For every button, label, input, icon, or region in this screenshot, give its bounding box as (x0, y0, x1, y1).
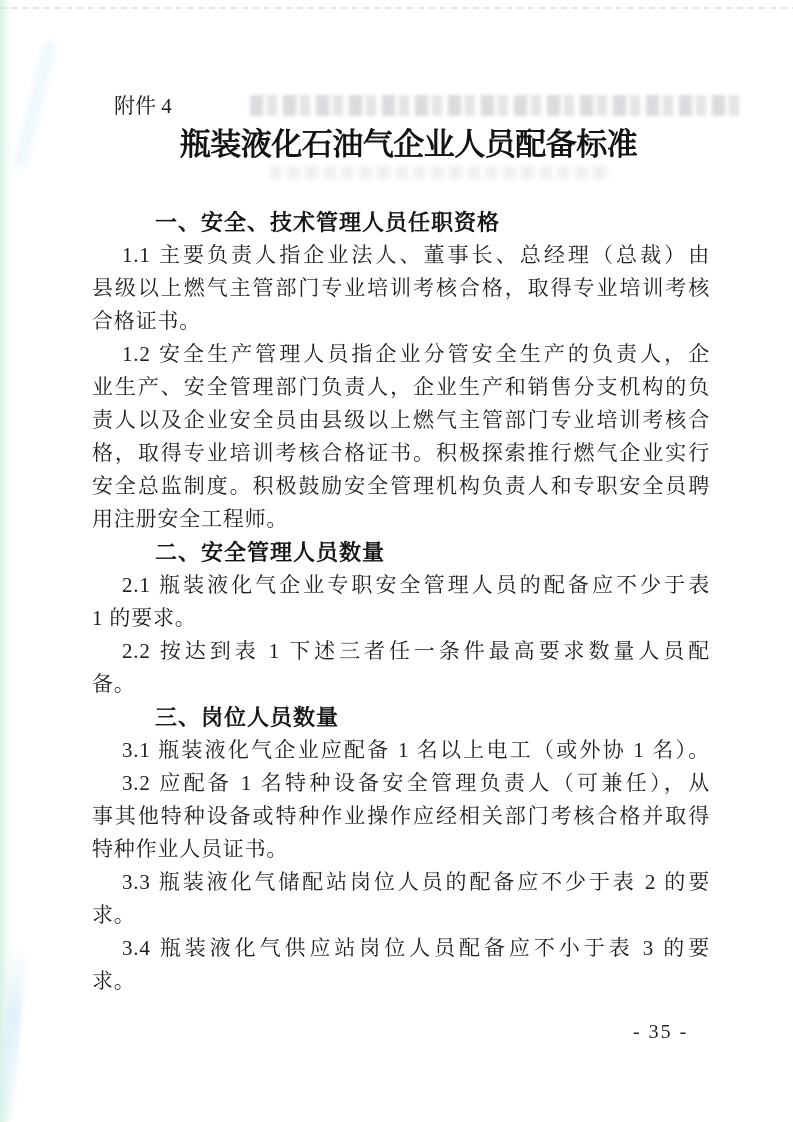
page-number: - 35 - (633, 1021, 688, 1044)
body-line: 3.3 瓶装液化气储配站岗位人员的配备应不少于表 2 的要 (92, 866, 710, 899)
body-line: 2.1 瓶装液化气企业专职安全管理人员的配备应不少于表 (92, 569, 710, 602)
bleedthrough-text-artifact (270, 166, 610, 179)
body-line: 求。 (92, 965, 710, 998)
document-body: 一、安全、技术管理人员任职资格 1.1 主要负责人指企业法人、董事长、总经理（总… (92, 206, 710, 998)
body-line: 格，取得专业培训考核合格证书。积极探索推行燃气企业实行 (92, 437, 710, 470)
body-line: 1.2 安全生产管理人员指企业分管安全生产的负责人，企 (92, 338, 710, 371)
bleedthrough-text-artifact (250, 95, 742, 116)
body-line: 求。 (92, 899, 710, 932)
scan-edge-left-artifact (0, 0, 13, 1122)
body-line: 县级以上燃气主管部门专业培训考核合格，取得专业培训考核 (92, 272, 710, 305)
section-heading-2: 二、安全管理人员数量 (92, 536, 710, 569)
body-line: 1 的要求。 (92, 602, 710, 635)
body-line: 3.2 应配备 1 名特种设备安全管理负责人（可兼任），从 (92, 767, 710, 800)
section-heading-1: 一、安全、技术管理人员任职资格 (92, 206, 710, 239)
scan-streak-artifact (0, 945, 28, 1121)
body-line: 责人以及企业安全员由县级以上燃气主管部门专业培训考核合 (92, 404, 710, 437)
body-line: 2.2 按达到表 1 下述三者任一条件最高要求数量人员配 (92, 635, 710, 668)
body-line: 业生产、安全管理部门负责人，企业生产和销售分支机构的负 (92, 371, 710, 404)
attachment-label: 附件 4 (114, 95, 172, 117)
body-line: 事其他特种设备或特种作业操作应经相关部门考核合格并取得 (92, 800, 710, 833)
body-line: 合格证书。 (92, 305, 710, 338)
section-heading-3: 三、岗位人员数量 (92, 701, 710, 734)
body-line: 用注册安全工程师。 (92, 503, 710, 536)
body-line: 3.4 瓶装液化气供应站岗位人员配备应不小于表 3 的要 (92, 932, 710, 965)
body-line: 1.1 主要负责人指企业法人、董事长、总经理（总裁）由 (92, 239, 710, 272)
body-line: 备。 (92, 668, 710, 701)
body-line: 安全总监制度。积极鼓励安全管理机构负责人和专职安全员聘 (92, 470, 710, 503)
body-line: 3.1 瓶装液化气企业应配备 1 名以上电工（或外协 1 名）。 (92, 734, 710, 767)
body-line: 特种作业人员证书。 (92, 833, 710, 866)
document-title: 瓶装液化石油气企业人员配备标准 (12, 119, 793, 164)
scan-edge-top-artifact (0, 7, 793, 9)
